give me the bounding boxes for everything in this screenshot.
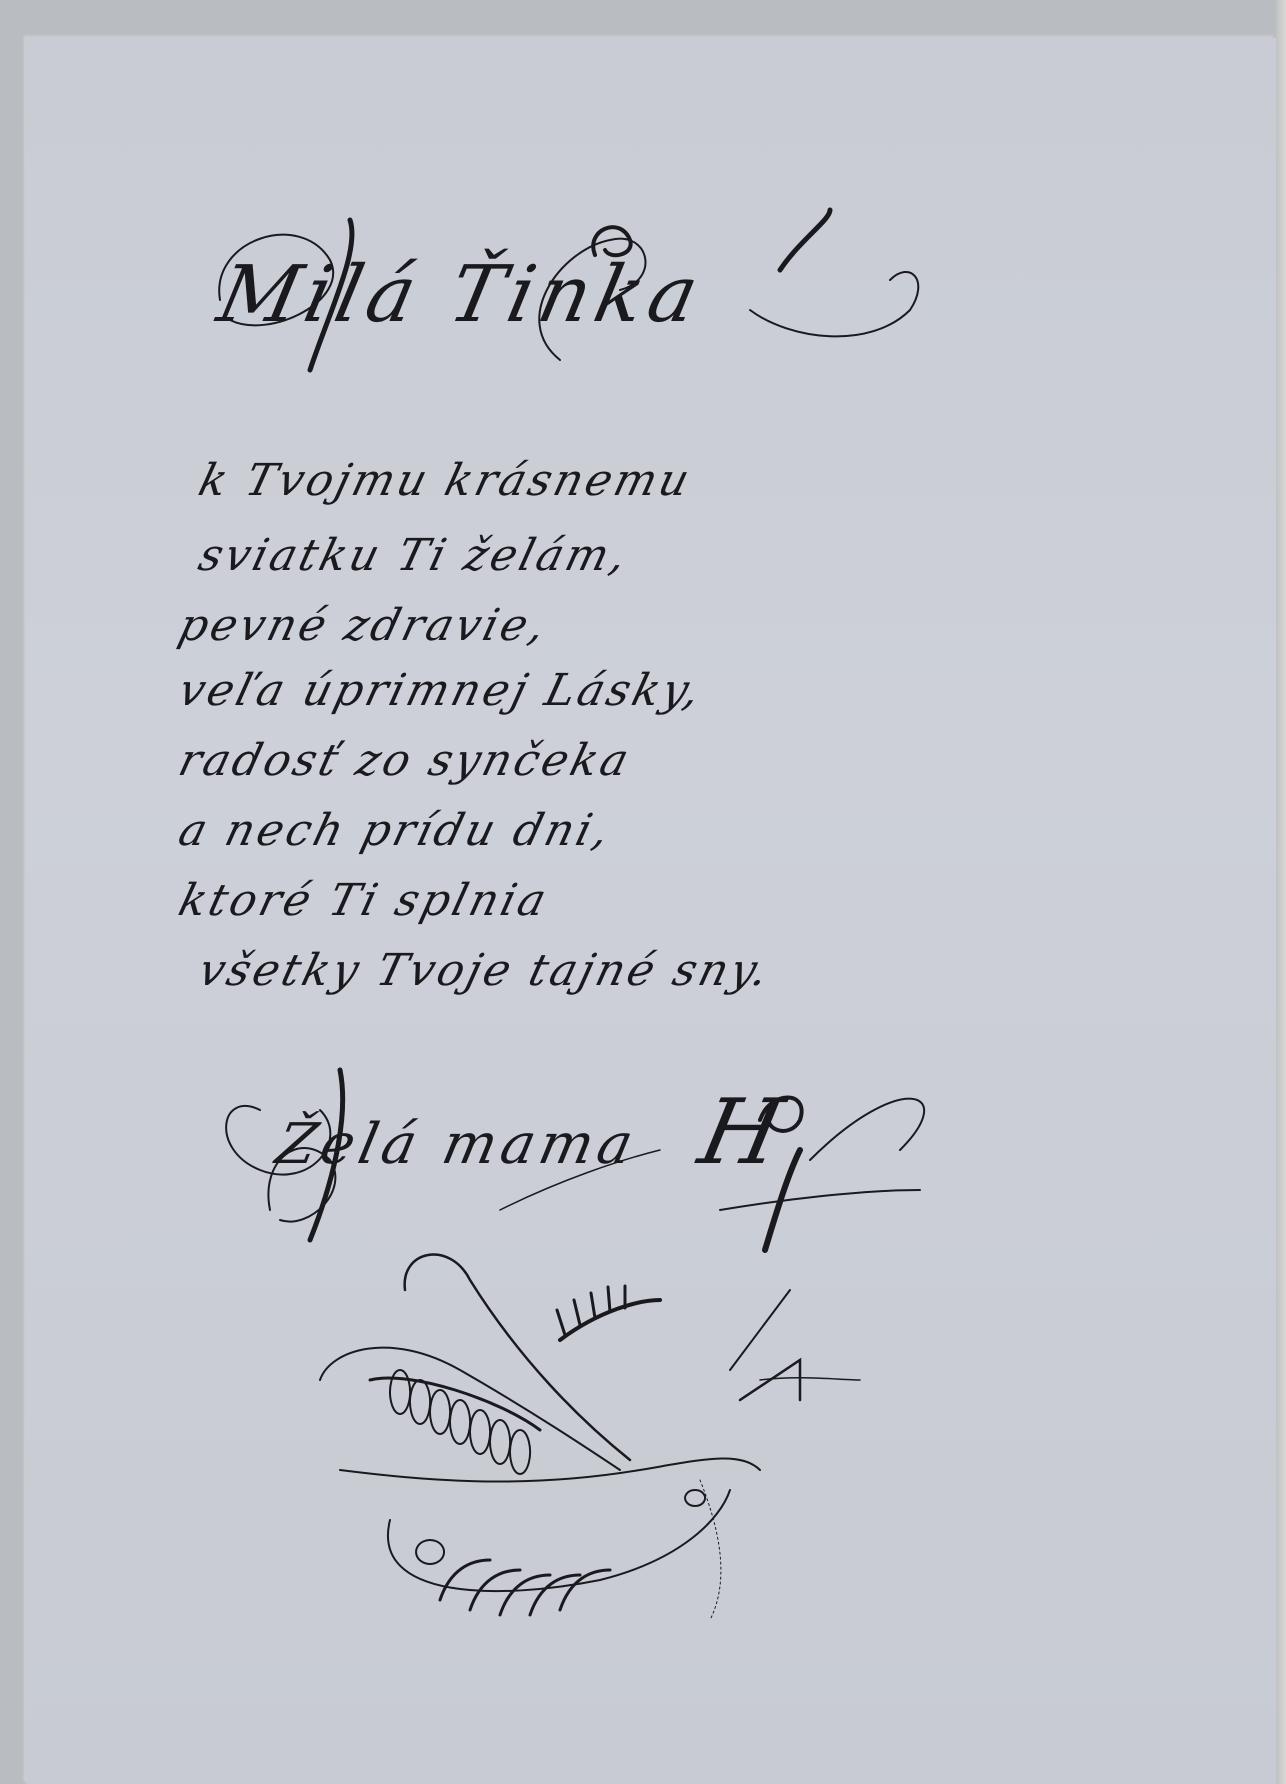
closing-line: Želá mama H: [269, 1080, 797, 1185]
salutation: Milá Ťinka: [210, 250, 711, 340]
message-line: všetky Tvoje tajné sny.: [194, 945, 777, 996]
paper-edge: [1276, 0, 1286, 1784]
bird-ornament-icon: [300, 1220, 1000, 1650]
message-line: radosť zo synčeka: [174, 735, 637, 786]
closing-text: Želá mama: [271, 1112, 644, 1177]
message-line: sviatku Ti želám,: [194, 530, 635, 581]
message-line: pevné zdravie,: [174, 600, 554, 651]
message-line: veľa úprimnej Lásky,: [174, 665, 708, 716]
message-line: ktoré Ti splnia: [174, 875, 554, 926]
message-line: a nech prídu dni,: [174, 805, 618, 856]
message-line: k Tvojmu krásnemu: [194, 455, 698, 506]
